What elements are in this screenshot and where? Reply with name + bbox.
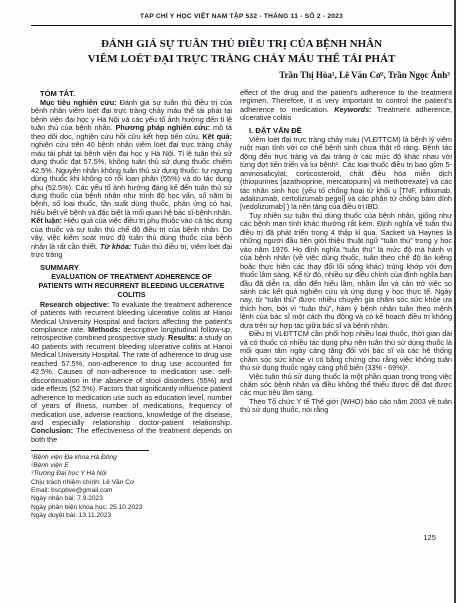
text-run: a study on 40 patients with recurrent bl… [31, 333, 232, 427]
footnote-line: Chịu trách nhiệm chính: Lê Văn Cơ [31, 479, 232, 487]
left-column: TÓM TẮT. Mục tiêu nghiên cứu: Đánh giá s… [31, 89, 232, 520]
affiliation-line: ¹Bệnh viện Đa khoa Hà Đông [31, 454, 232, 462]
summary-continuation-paragraph: effect of the drug and the patient's adh… [240, 89, 452, 123]
footnote-list: Chịu trách nhiệm chính: Lê Văn CơEmail: … [31, 479, 232, 520]
abstract-paragraph: Mục tiêu nghiên cứu: Đánh giá sự tuân th… [31, 99, 232, 260]
body-paragraph: Điều trị VLĐTTCM cần phối hợp nhiều loại… [240, 330, 452, 372]
article-title: ĐÁNH GIÁ SỰ TUÂN THỦ ĐIỀU TRỊ CỦA BỆNH N… [31, 37, 452, 66]
text-run: Việc tuân thủ sử dụng thuốc là một phần … [240, 372, 452, 398]
journal-header: TẠP CHÍ Y HỌC VIỆT NAM TẬP 532 - THÁNG 1… [31, 13, 452, 26]
summary-title: EVALUATION OF TREATMENT ADHERENCE OF PAT… [37, 273, 226, 300]
affiliation-line: ²Bệnh viện E [31, 462, 232, 470]
scan-edge-line [454, 0, 456, 603]
affiliation-list: ¹Bệnh viện Đa khoa Hà Đông²Bệnh viện E³T… [31, 454, 232, 479]
section-heading-dat-van-de: I. ĐẶT VẤN ĐỀ [240, 126, 452, 135]
body-paragraph: Việc tuân thủ sử dụng thuốc là một phần … [240, 373, 452, 398]
body-paragraph: Tuy nhiên sự tuân thủ dùng thuốc của bện… [240, 212, 452, 330]
right-column: effect of the drug and the patient's adh… [240, 89, 452, 520]
text-run: Tuy nhiên sự tuân thủ dùng thuốc của bện… [240, 211, 452, 330]
footnote-line: Ngày nhận bài: 7.9.2023 [31, 495, 232, 503]
summary-heading: SUMMARY [31, 263, 232, 272]
authors-line: Trần Thị Hòa¹, Lê Văn Cơ², Trần Ngọc Ánh… [31, 70, 452, 80]
text-run: Viêm loét đại trực tràng chảy máu (VLĐTT… [240, 135, 452, 212]
footnote-line: Ngày phản biện khoa học: 25.10.2023 [31, 504, 232, 512]
footnote-line: Email: bscpbve@gmail.com [31, 487, 232, 495]
footnote-line: Ngày duyệt bài: 13.11.2023 [31, 512, 232, 520]
text-run: Điều trị VLĐTTCM cần phối hợp nhiều loại… [240, 329, 452, 372]
journal-page: TẠP CHÍ Y HỌC VIỆT NAM TẬP 532 - THÁNG 1… [0, 0, 463, 603]
footnote-block: ¹Bệnh viện Đa khoa Hà Đông²Bệnh viện E³T… [31, 450, 232, 520]
article-title-line1: ĐÁNH GIÁ SỰ TUÂN THỦ ĐIỀU TRỊ CỦA BỆNH N… [31, 37, 452, 52]
body-paragraph: Theo Tổ chức Y tế Thế giới (WHO) báo cáo… [240, 398, 452, 415]
affiliation-line: ³Trường Đại học Y Hà Nội [31, 470, 232, 478]
text-run: Từ khóa: [100, 242, 134, 251]
text-run: Keywords: [334, 105, 377, 114]
two-column-body: TÓM TẮT. Mục tiêu nghiên cứu: Đánh giá s… [31, 89, 452, 520]
article-title-line2: VIÊM LOÉT ĐẠI TRỰC TRÀNG CHẢY MÁU THỂ TÁ… [31, 52, 452, 67]
summary-paragraph: Research objective: To evaluate the trea… [31, 301, 232, 445]
text-run: nghiên cứu trên 40 bệnh nhân viêm loét đ… [31, 140, 232, 217]
body-paragraph: Viêm loét đại trực tràng chảy máu (VLĐTT… [240, 136, 452, 212]
section-body: Viêm loét đại trực tràng chảy máu (VLĐTT… [240, 136, 452, 415]
page-number: 125 [423, 533, 436, 542]
page-content: TẠP CHÍ Y HỌC VIỆT NAM TẬP 532 - THÁNG 1… [31, 13, 452, 520]
abstract-heading: TÓM TẮT. [31, 89, 232, 98]
footnote-divider [31, 450, 149, 451]
text-run: Theo Tổ chức Y tế Thế giới (WHO) báo cáo… [240, 397, 452, 414]
